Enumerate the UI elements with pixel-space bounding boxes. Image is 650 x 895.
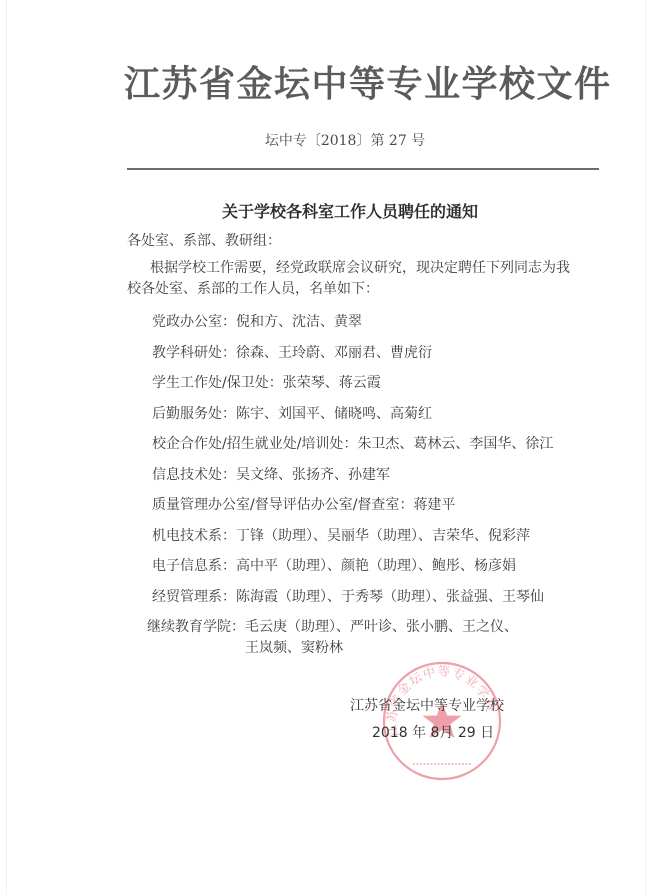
intro-line: 根据学校工作需要，经党政联席会议研究，现决定聘任下列同志为我 — [127, 258, 557, 279]
page-edge-right — [645, 0, 646, 895]
dept-label: 教学科研处 — [152, 345, 222, 361]
appointment-row-teaching-research: 教学科研处：徐森、王玲蔚、邓丽君、曹虎衍 — [152, 343, 572, 374]
colon: ： — [222, 589, 236, 605]
appointee-names: 吴文绛、张扬齐、孙建军 — [236, 467, 390, 483]
appointment-row-enterprise-cooperation: 校企合作处/招生就业处/培训处：朱卫杰、葛林云、李国华、徐江 — [152, 434, 572, 465]
salutation: 各处室、系部、教研组： — [127, 231, 281, 251]
appointee-names: 倪和方、沈洁、黄翠 — [236, 314, 362, 330]
header-divider — [127, 168, 599, 170]
appointment-row-student-affairs: 学生工作处/保卫处：张荣琴、蒋云霞 — [152, 373, 572, 404]
dept-label: 后勤服务处 — [152, 406, 222, 422]
appointee-names: 毛云庚（助理）、严叶诊、张小鹏、王之仪、 — [245, 619, 518, 635]
appointment-row-party-office: 党政办公室：倪和方、沈洁、黄翠 — [152, 312, 572, 343]
appointee-names: 朱卫杰、葛林云、李国华、徐江 — [357, 436, 553, 452]
dept-label: 学生工作处/保卫处 — [152, 375, 269, 391]
appointee-names: 张荣琴、蒋云霞 — [283, 375, 381, 391]
notice-heading: 关于学校各科室工作人员聘任的通知 — [200, 201, 500, 223]
appointment-row-electronic-information: 电子信息系：高中平（助理）、颜艳（助理）、鲍彤、杨彦娟 — [152, 556, 572, 587]
appointment-row-continuing-education: 继续教育学院：毛云庚（助理）、严叶诊、张小鹏、王之仪、 — [147, 617, 572, 648]
dept-label: 质量管理办公室/督导评估办公室/督查室 — [152, 497, 399, 513]
appointee-names: 徐森、王玲蔚、邓丽君、曹虎衍 — [236, 345, 432, 361]
dept-label: 继续教育学院 — [147, 619, 231, 635]
official-seal: 江苏省金坛中等专业学校 — [381, 660, 503, 782]
dept-label: 校企合作处/招生就业处/培训处 — [152, 436, 343, 452]
appointment-row-logistics: 后勤服务处：陈宇、刘国平、储晓鸣、高菊红 — [152, 404, 572, 435]
appointee-names: 丁锋（助理）、吴丽华（助理）、吉荣华、倪彩萍 — [236, 528, 530, 544]
appointee-names-continuation: 王岚频、窦粉林 — [245, 638, 343, 658]
colon: ： — [343, 436, 357, 452]
page-edge-left — [6, 0, 7, 895]
colon: ： — [231, 619, 245, 635]
appointee-names: 陈宇、刘国平、储晓鸣、高菊红 — [236, 406, 432, 422]
appointment-row-information-tech: 信息技术处：吴文绛、张扬齐、孙建军 — [152, 465, 572, 496]
dept-label: 机电技术系 — [152, 528, 222, 544]
appointment-row-quality-management: 质量管理办公室/督导评估办公室/督查室：蒋建平 — [152, 495, 572, 526]
colon: ： — [222, 314, 236, 330]
dept-label: 电子信息系 — [152, 558, 222, 574]
dept-label: 信息技术处 — [152, 467, 222, 483]
colon: ： — [222, 406, 236, 422]
colon: ： — [399, 497, 413, 513]
appointee-names: 陈海霞（助理）、于秀琴（助理）、张益强、王琴仙 — [236, 589, 544, 605]
signature-date: 2018 年 8月 29 日 — [372, 723, 488, 743]
intro-paragraph: 根据学校工作需要，经党政联席会议研究，现决定聘任下列同志为我 校各处室、系部的工… — [127, 258, 557, 300]
colon: ： — [222, 345, 236, 361]
document-title: 江苏省金坛中等专业学校文件 — [124, 62, 586, 106]
appointee-names: 蒋建平 — [413, 497, 455, 513]
dept-label: 经贸管理系 — [152, 589, 222, 605]
appointment-row-economics-trade: 经贸管理系：陈海霞（助理）、于秀琴（助理）、张益强、王琴仙 — [152, 587, 572, 618]
intro-line: 校各处室、系部的工作人员，名单如下： — [127, 279, 557, 300]
appointee-names: 高中平（助理）、颜艳（助理）、鲍彤、杨彦娟 — [236, 558, 516, 574]
document-page: 江苏省金坛中等专业学校文件 坛中专〔2018〕第 27 号 关于学校各科室工作人… — [0, 0, 650, 895]
dept-label: 党政办公室 — [152, 314, 222, 330]
appointment-row-mechatronics: 机电技术系：丁锋（助理）、吴丽华（助理）、吉荣华、倪彩萍 — [152, 526, 572, 557]
colon: ： — [222, 528, 236, 544]
colon: ： — [269, 375, 283, 391]
colon: ： — [222, 467, 236, 483]
signature-organization: 江苏省金坛中等专业学校 — [346, 696, 508, 716]
colon: ： — [222, 558, 236, 574]
appointment-list: 党政办公室：倪和方、沈洁、黄翠 教学科研处：徐森、王玲蔚、邓丽君、曹虎衍 学生工… — [152, 312, 572, 648]
document-number: 坛中专〔2018〕第 27 号 — [254, 131, 436, 151]
